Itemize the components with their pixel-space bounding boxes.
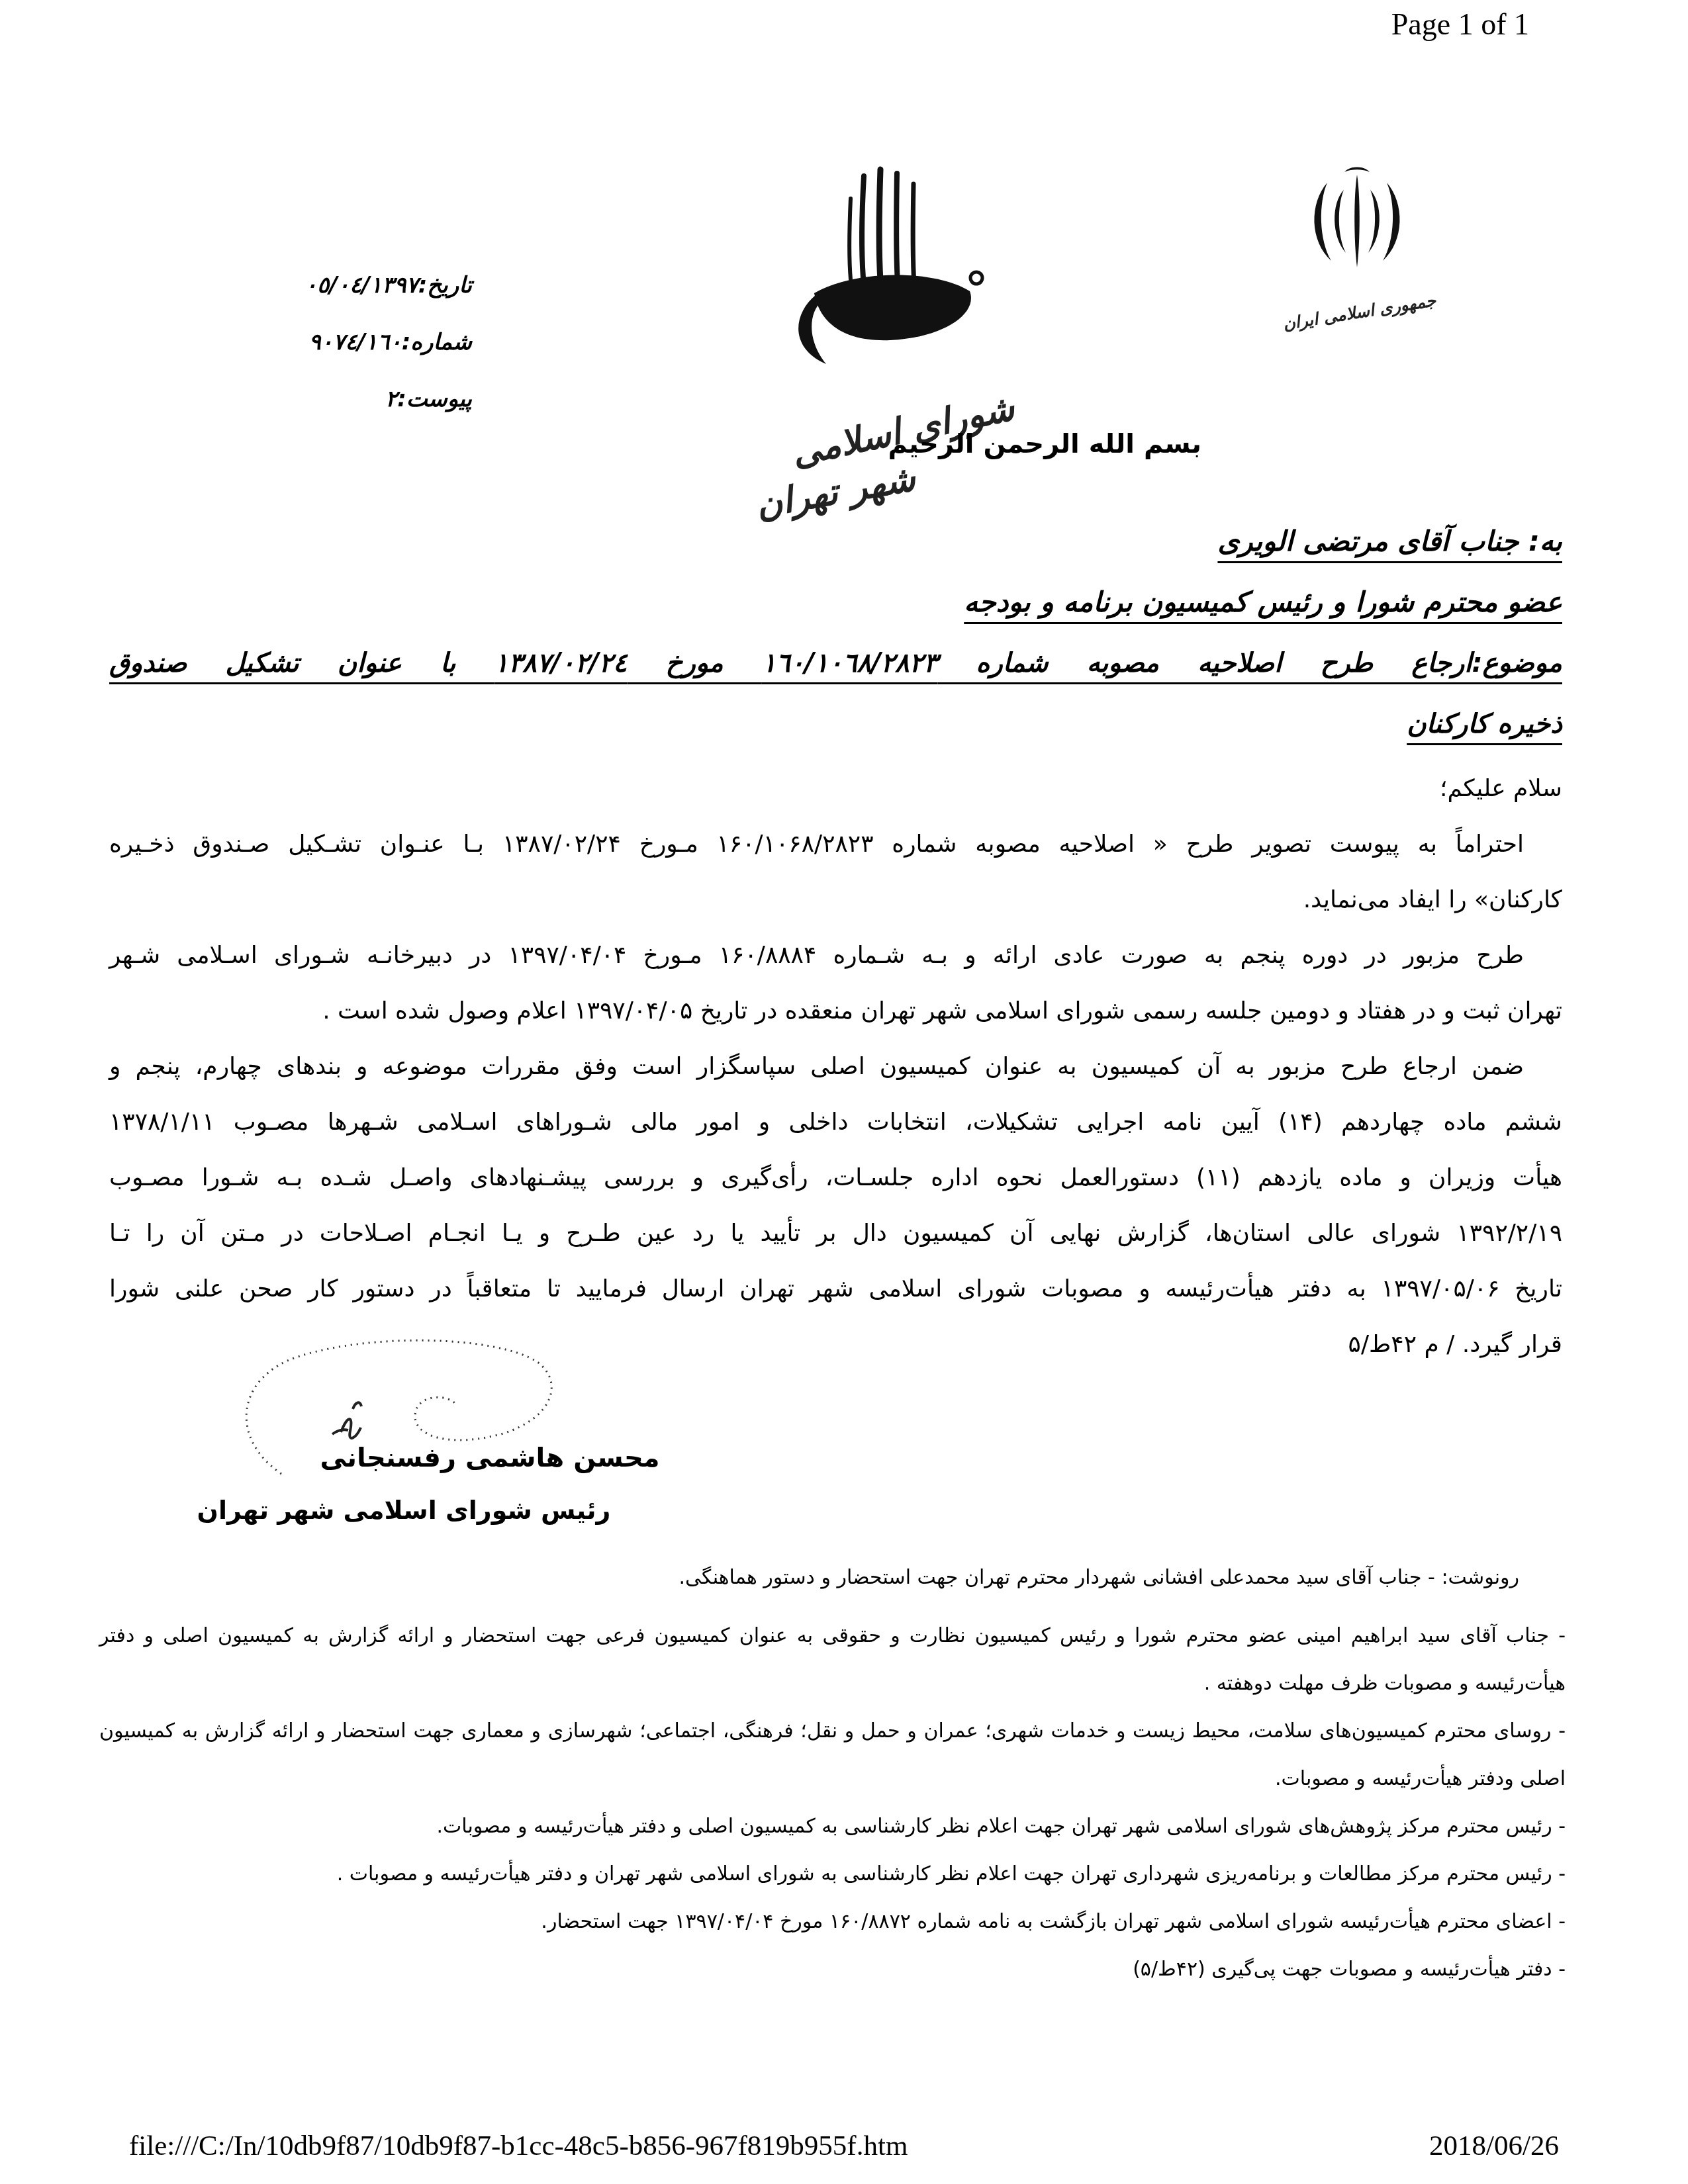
page-indicator: Page 1 of 1 — [1391, 7, 1529, 42]
council-logo-masts — [849, 169, 914, 285]
cc-item: - رئیس محترم مرکز مطالعات و برنامه‌ریزی … — [99, 1850, 1566, 1898]
letter-meta-fields: تاریخ:٠٥/٠٤/١٣٩٧ شماره:٩٠٧٤/١٦٠ پیوست:٢ — [254, 257, 472, 428]
date-field: تاریخ:٠٥/٠٤/١٣٩٧ — [254, 257, 472, 314]
council-logo-icon: شورای اسلامی شهر تهران — [715, 164, 1026, 515]
body-line: ضمن ارجاع طرح مزبور به آن کمیسیون به عنو… — [109, 1039, 1562, 1095]
cc-item: - دفتر هیأت‌رئیسه و مصوبات جهت پی‌گیری (… — [99, 1946, 1566, 1993]
body-line: ششم ماده چهاردهم (۱۴) آیین نامه اجرایی ت… — [109, 1095, 1562, 1150]
council-logo-loop — [970, 272, 982, 284]
letter-body: سلام علیکم؛ احتراماً به پیوست تصویر طرح … — [109, 761, 1562, 1373]
addressee-subject-block: به: جناب آقای مرتضی الویری عضو محترم شور… — [109, 511, 1562, 754]
number-field: شماره:٩٠٧٤/١٦٠ — [254, 314, 472, 371]
footer-file-url: file:///C:/In/10db9f87/10db9f87-b1cc-48c… — [129, 2130, 908, 2162]
scanned-letter-page: Page 1 of 1 جمهوری اسلامی ایران شورای اس… — [0, 0, 1688, 2184]
cc-item: رونوشت: - جناب آقای سید محمدعلی افشانی ش… — [99, 1554, 1566, 1602]
to-line: به: جناب آقای مرتضی الویری — [109, 511, 1562, 572]
iran-emblem-caption: جمهوری اسلامی ایران — [1282, 291, 1438, 334]
cc-item: - اعضای محترم هیأت‌رئیسه شورای اسلامی شه… — [99, 1898, 1566, 1946]
signature-name: محسن هاشمی رفسنجانی — [278, 1443, 702, 1473]
body-line: کارکنان» را ایفاد می‌نماید. — [109, 872, 1562, 928]
salutation: سلام علیکم؛ — [109, 761, 1562, 817]
bismillah: بسم الله الرحمن الرحیم — [888, 429, 1201, 459]
subject-line-2: ذخیره کارکنان — [109, 694, 1562, 754]
to-title: عضو محترم شورا و رئیس کمیسیون برنامه و ب… — [109, 572, 1562, 633]
cc-list: رونوشت: - جناب آقای سید محمدعلی افشانی ش… — [99, 1554, 1566, 1993]
body-line: طرح مزبور در دوره پنجم به صورت عادی ارائ… — [109, 928, 1562, 983]
cc-item: - رئیس محترم مرکز پژوهش‌های شورای اسلامی… — [99, 1803, 1566, 1850]
iran-emblem-icon: جمهوری اسلامی ایران — [1288, 167, 1427, 339]
body-line: تاریخ ۱۳۹۷/۰۵/۰۶ به دفتر هیأت‌رئیسه و مص… — [109, 1261, 1562, 1317]
council-logo-hull — [798, 275, 971, 364]
attachment-field: پیوست:٢ — [254, 371, 472, 428]
subject-line-1: موضوع:ارجاع طرح اصلاحیه مصوبه شماره ١٦٠/… — [109, 633, 1562, 694]
allah-emblem-shape — [1314, 167, 1399, 268]
body-line: تهران ثبت و در هفتاد و دومین جلسه رسمی ش… — [109, 983, 1562, 1039]
signature-title: رئیس شورای اسلامی شهر تهران — [192, 1496, 616, 1525]
footer-date: 2018/06/26 — [1429, 2130, 1559, 2162]
cc-item: - روسای محترم کمیسیون‌های سلامت، محیط زی… — [99, 1707, 1566, 1803]
cc-item: - جناب آقای سید ابراهیم امینی عضو محترم … — [99, 1612, 1566, 1707]
signature-mark — [332, 1402, 361, 1438]
body-line: احتراماً به پیوست تصویر طرح « اصلاحیه مص… — [109, 817, 1562, 872]
body-line: ۱۳۹۲/۲/۱۹ شورای عالی استان‌ها، گزارش نها… — [109, 1206, 1562, 1261]
body-line: هیأت وزیران و ماده یازدهم (۱۱) دستورالعم… — [109, 1150, 1562, 1206]
